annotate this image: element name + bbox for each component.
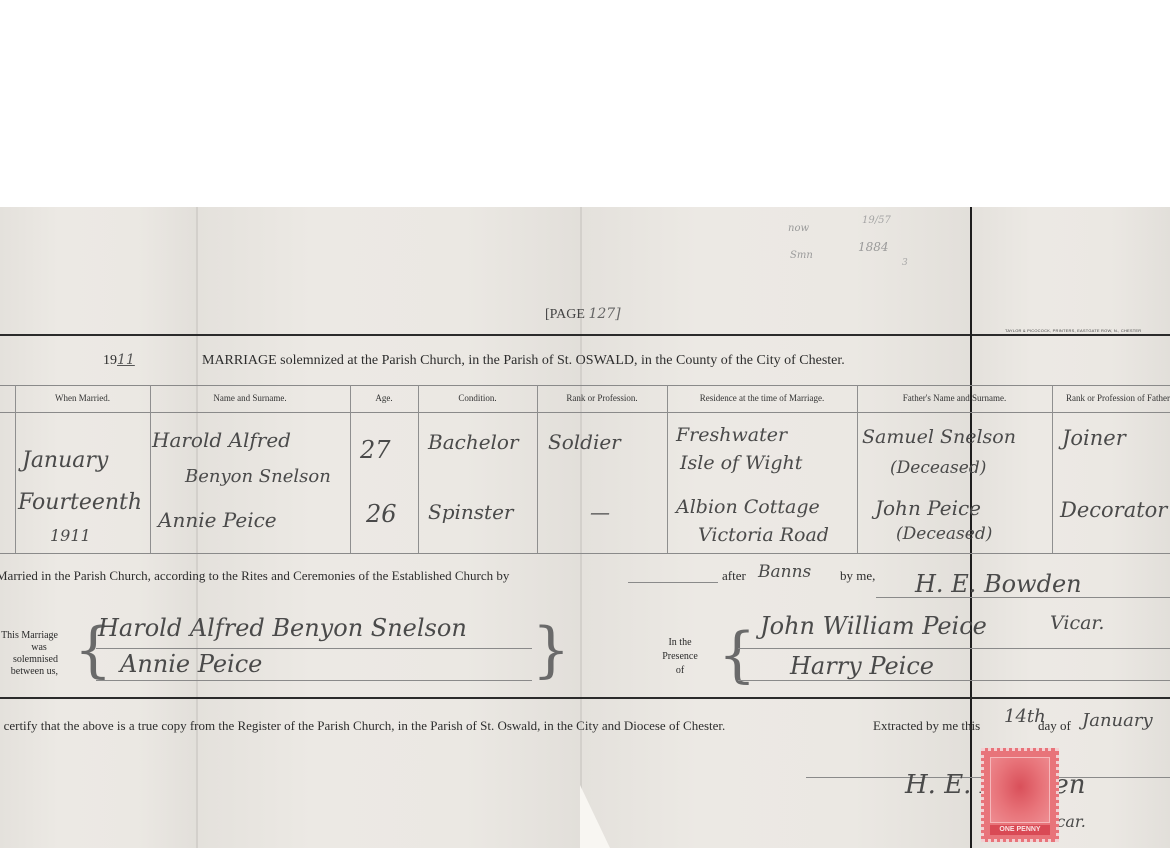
column-divider	[418, 385, 419, 553]
ceremony-text: Married in the Parish Church, according …	[0, 568, 509, 584]
certificate-text: I certify that the above is a true copy …	[0, 718, 725, 734]
groom-name-line2: Benyon Snelson	[185, 466, 331, 487]
paper-fold	[580, 207, 582, 848]
year-label: 1911	[103, 352, 135, 369]
bride-condition: Spinster	[428, 500, 513, 524]
column-divider	[857, 385, 858, 553]
after-value: Banns	[758, 562, 811, 582]
solemnised-label-line: This Marriage	[0, 630, 58, 642]
printer-mark: TAYLOR & PICOCOCK, PRINTERS, EASTGATE RO…	[1005, 328, 1141, 333]
header-father-name: Father's Name and Surname.	[857, 393, 1052, 403]
page-label: [PAGE	[545, 307, 585, 322]
bride-father-note: (Deceased)	[896, 524, 992, 544]
page-number-value: 127]	[588, 306, 620, 322]
pencil-note: Smn	[790, 250, 813, 261]
solemnised-label-line: between us,	[0, 666, 58, 678]
groom-residence-line2: Isle of Wight	[680, 452, 802, 474]
postage-stamp: ONE PENNY	[981, 748, 1059, 842]
groom-profession: Soldier	[548, 430, 621, 454]
solemnised-label-line: solemnised	[0, 654, 58, 666]
bride-signature: Annie Peice	[120, 650, 262, 678]
presence-label: In the Presence of	[650, 636, 710, 678]
torn-corner	[580, 785, 610, 848]
pencil-note: now	[788, 223, 809, 234]
solemnised-label-line: was	[0, 642, 58, 654]
pencil-note: 19/57	[862, 215, 891, 226]
header-profession: Rank or Profession.	[537, 393, 667, 403]
presence-label-line: of	[650, 664, 710, 678]
bride-residence-line1: Albion Cottage	[676, 496, 820, 518]
header-name: Name and Surname.	[150, 393, 350, 403]
pencil-note: 3	[902, 258, 908, 268]
presence-label-line: Presence	[650, 650, 710, 664]
rule	[0, 334, 1170, 336]
groom-name-line1: Harold Alfred	[152, 428, 291, 452]
column-divider	[150, 385, 151, 553]
rule	[0, 553, 1170, 554]
when-married-month: January	[22, 448, 108, 473]
bride-name: Annie Peice	[158, 508, 277, 532]
groom-age: 27	[360, 436, 391, 464]
pencil-note: 1884	[858, 240, 889, 254]
groom-father-profession: Joiner	[1062, 426, 1126, 450]
rule	[0, 385, 1170, 386]
witness-line	[738, 680, 1170, 681]
rule	[0, 412, 1170, 413]
when-married-year: 1911	[50, 526, 91, 545]
by-me-label: by me,	[840, 568, 875, 584]
rule	[0, 697, 1170, 699]
bride-father-name: John Peice	[875, 496, 981, 520]
header-when-married: When Married.	[15, 393, 150, 403]
stamp-portrait-icon	[990, 757, 1050, 823]
bride-age: 26	[366, 500, 397, 528]
groom-father-name: Samuel Snelson	[862, 426, 1016, 448]
groom-signature: Harold Alfred Benyon Snelson	[98, 614, 467, 642]
extracted-label: Extracted by me this	[873, 718, 980, 734]
year-suffix: 11	[117, 352, 135, 368]
header-age: Age.	[350, 393, 418, 403]
ceremony-blank-line	[628, 582, 718, 583]
column-divider	[667, 385, 668, 553]
witness-signature: John William Peice	[760, 612, 987, 640]
witness-line	[738, 648, 1170, 649]
column-divider	[537, 385, 538, 553]
header-father-profession: Rank or Profession of Father.	[1066, 393, 1170, 403]
signature-line	[96, 680, 532, 681]
column-divider	[1052, 385, 1053, 553]
presence-label-line: In the	[650, 636, 710, 650]
bride-profession: —	[590, 500, 610, 524]
bride-father-profession: Decorator	[1060, 498, 1167, 522]
year-prefix: 19	[103, 353, 117, 368]
page-number: [PAGE 127]	[545, 306, 621, 323]
brace-right: }	[532, 620, 570, 680]
groom-condition: Bachelor	[428, 430, 519, 454]
groom-residence-line1: Freshwater	[676, 424, 787, 446]
after-label: after	[722, 568, 746, 584]
header-condition: Condition.	[418, 393, 537, 403]
officiant-signature: H. E. Bowden	[915, 570, 1082, 598]
groom-father-note: (Deceased)	[890, 458, 986, 478]
bride-residence-line2: Victoria Road	[698, 524, 829, 546]
signature-line	[96, 648, 532, 649]
stamp-label: ONE PENNY	[990, 825, 1050, 835]
day-label: day of	[1038, 718, 1071, 734]
header-residence: Residence at the time of Marriage.	[667, 393, 857, 403]
solemnised-label: This Marriage was solemnised between us,	[0, 630, 58, 678]
when-married-day: Fourteenth	[18, 490, 142, 515]
column-divider	[350, 385, 351, 553]
witness-signature: Harry Peice	[790, 652, 934, 680]
officiant-title: Vicar.	[1050, 612, 1104, 634]
month-value: January	[1082, 710, 1153, 731]
document-title: MARRIAGE solemnized at the Parish Church…	[202, 353, 845, 369]
brace-presence: {	[718, 625, 756, 685]
column-divider	[15, 385, 16, 553]
